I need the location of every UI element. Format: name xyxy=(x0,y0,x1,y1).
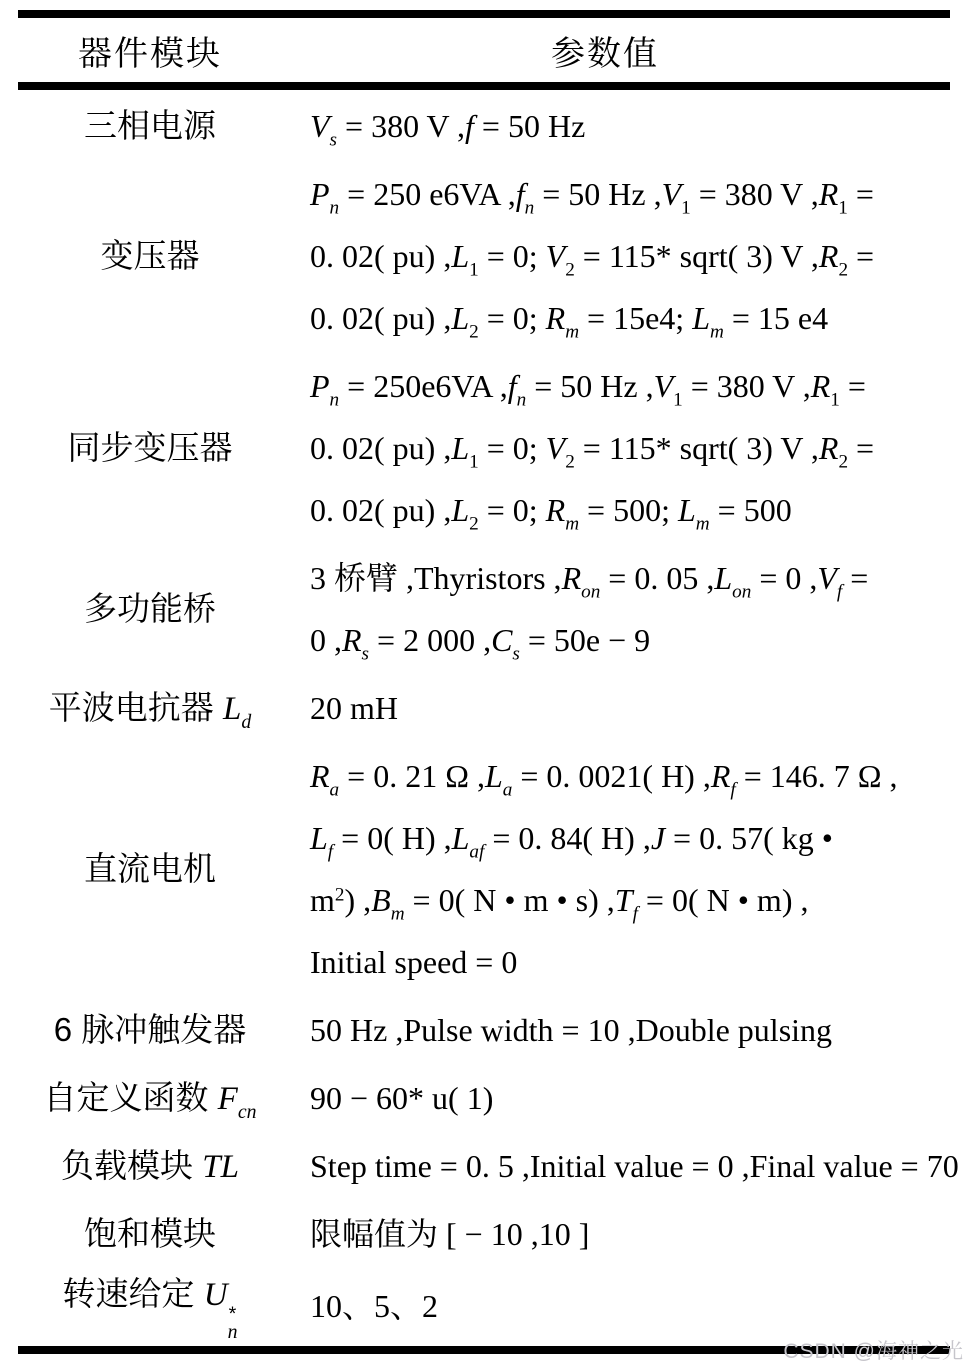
table-row: 多功能桥3 桥臂 ,Thyristors ,Ron = 0. 05 ,Lon =… xyxy=(0,544,970,674)
module-cell: 转速给定 U*n xyxy=(0,1271,300,1341)
value-cell: Ra = 0. 21 Ω ,La = 0. 0021( H) ,Rf = 146… xyxy=(300,745,970,993)
column-header-params: 参数值 xyxy=(300,26,970,75)
module-cell: 多功能桥 xyxy=(0,586,300,632)
module-cell: 自定义函数 Fcn xyxy=(0,1075,300,1122)
module-cell: 三相电源 xyxy=(0,103,300,149)
column-header-module: 器件模块 xyxy=(0,26,300,75)
table-row: 转速给定 U*n10、5、2 xyxy=(0,1268,970,1344)
value-cell: Pn = 250 e6VA ,fn = 50 Hz ,V1 = 380 V ,R… xyxy=(300,163,970,349)
module-cell: 变压器 xyxy=(0,233,300,279)
table-row: 负载模块 TLStep time = 0. 5 ,Initial value =… xyxy=(0,1132,970,1200)
value-cell: 90 − 60* u( 1) xyxy=(300,1067,970,1129)
table-header-row: 器件模块 参数值 xyxy=(0,18,970,82)
value-cell: Vs = 380 V ,f = 50 Hz xyxy=(300,95,970,157)
table-body: 三相电源Vs = 380 V ,f = 50 Hz变压器Pn = 250 e6V… xyxy=(0,90,970,1346)
table-row: 6 脉冲触发器50 Hz ,Pulse width = 10 ,Double p… xyxy=(0,996,970,1064)
value-cell: Step time = 0. 5 ,Initial value = 0 ,Fin… xyxy=(300,1135,970,1197)
module-cell: 平波电抗器 Ld xyxy=(0,685,300,732)
value-cell: 10、5、2 xyxy=(300,1275,970,1337)
value-cell: 20 mH xyxy=(300,677,970,739)
watermark-text: CSDN @海神之光 xyxy=(783,1335,964,1365)
top-rule xyxy=(18,10,950,18)
module-cell: 同步变压器 xyxy=(0,425,300,471)
value-cell: 限幅值为 [ − 10 ,10 ] xyxy=(300,1203,970,1265)
module-cell: 饱和模块 xyxy=(0,1211,300,1257)
table-row: 变压器Pn = 250 e6VA ,fn = 50 Hz ,V1 = 380 V… xyxy=(0,160,970,352)
value-cell: 50 Hz ,Pulse width = 10 ,Double pulsing xyxy=(300,999,970,1061)
parameter-table-page: 器件模块 参数值 三相电源Vs = 380 V ,f = 50 Hz变压器Pn … xyxy=(0,10,970,1354)
table-row: 饱和模块限幅值为 [ − 10 ,10 ] xyxy=(0,1200,970,1268)
table-row: 同步变压器Pn = 250e6VA ,fn = 50 Hz ,V1 = 380 … xyxy=(0,352,970,544)
table-row: 三相电源Vs = 380 V ,f = 50 Hz xyxy=(0,92,970,160)
header-rule xyxy=(18,82,950,90)
table-row: 直流电机Ra = 0. 21 Ω ,La = 0. 0021( H) ,Rf =… xyxy=(0,742,970,996)
table-row: 自定义函数 Fcn90 − 60* u( 1) xyxy=(0,1064,970,1132)
table-row: 平波电抗器 Ld20 mH xyxy=(0,674,970,742)
module-cell: 6 脉冲触发器 xyxy=(0,1007,300,1053)
module-cell: 负载模块 TL xyxy=(0,1143,300,1190)
module-cell: 直流电机 xyxy=(0,846,300,892)
value-cell: Pn = 250e6VA ,fn = 50 Hz ,V1 = 380 V ,R1… xyxy=(300,355,970,541)
value-cell: 3 桥臂 ,Thyristors ,Ron = 0. 05 ,Lon = 0 ,… xyxy=(300,547,970,671)
